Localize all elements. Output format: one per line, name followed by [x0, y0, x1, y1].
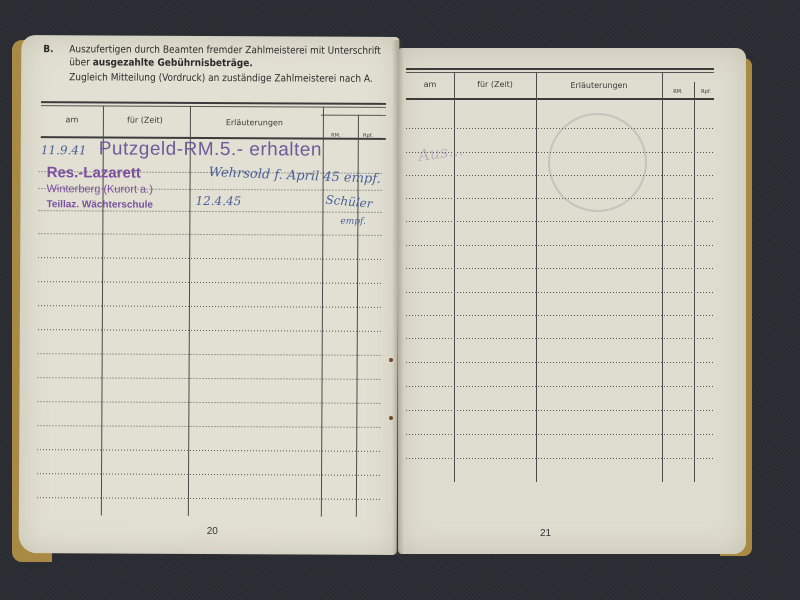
- row-line: [37, 497, 382, 500]
- page-number-left: 20: [207, 526, 218, 537]
- instruction-header: B. Auszufertigen durch Beamten fremder Z…: [69, 43, 399, 86]
- stamp-winterberg: Winterberg (Kurort a.): [47, 183, 153, 196]
- col-header-fuer-zeit: für (Zeit): [454, 80, 536, 89]
- col-divider-4: [694, 82, 695, 482]
- row-line: [406, 221, 714, 222]
- handwritten-date-2: 12.4.45: [195, 194, 241, 208]
- row-line: [37, 425, 382, 428]
- col-header-am: am: [41, 115, 103, 124]
- handwritten-annotation: empf.: [340, 217, 366, 227]
- row-line: [38, 329, 383, 332]
- row-line: [38, 377, 383, 380]
- stamp-putzgeld: Putzgeld-RM.5.- erhalten: [99, 138, 322, 161]
- col-divider-3: [662, 72, 663, 482]
- col-header-rpf: Rpf.: [694, 89, 718, 95]
- col-divider-1: [454, 72, 455, 482]
- book-gutter: [392, 40, 404, 555]
- row-line: [406, 458, 714, 459]
- col-header-rm: RM.: [662, 89, 694, 95]
- row-line: [37, 401, 382, 404]
- handwritten-wehrsold-note: Wehrsold f. April 45 empf.: [208, 165, 381, 187]
- left-page: B. Auszufertigen durch Beamten fremder Z…: [19, 35, 400, 555]
- row-line: [406, 315, 714, 316]
- staple-top: [389, 358, 393, 362]
- col-header-fuer-zeit: für (Zeit): [103, 115, 187, 124]
- row-line: [406, 338, 714, 339]
- handwritten-date-1: 11.9.41: [41, 143, 87, 157]
- section-label: B.: [43, 43, 53, 56]
- row-line: [37, 473, 382, 476]
- header-top-rule: [41, 101, 386, 105]
- row-line: [406, 268, 714, 269]
- faint-round-stamp: [548, 113, 647, 212]
- row-line: [38, 257, 383, 260]
- stamp-teillaz: Teillaz. Wächterschule: [46, 199, 153, 211]
- instruction-line-3: Zugleich Mitteilung (Vordruck) an zustän…: [69, 71, 399, 86]
- handwritten-signature: Schüler: [325, 193, 373, 211]
- col-divider-2: [188, 106, 191, 516]
- instruction-line-2: über ausgezahlte Gebührnisbeträge.: [69, 56, 399, 71]
- header-top-rule-2: [406, 72, 714, 73]
- header-bottom-rule: [406, 98, 714, 100]
- header-top-rule: [406, 68, 714, 70]
- page-number-right: 21: [540, 528, 551, 539]
- row-line: [38, 305, 383, 308]
- row-line: [38, 353, 383, 356]
- row-line: [406, 410, 714, 411]
- row-line: [406, 434, 714, 435]
- col-header-erlaeuterungen: Erläuterungen: [536, 81, 662, 90]
- row-line: [406, 245, 714, 246]
- col-header-am: am: [406, 80, 454, 89]
- row-line: [406, 292, 714, 293]
- row-line: [406, 386, 714, 387]
- col-header-erlaeuterungen: Erläuterungen: [187, 118, 322, 128]
- col-divider-3: [321, 107, 324, 517]
- row-line: [38, 233, 383, 236]
- amount-header-rule: [321, 115, 386, 116]
- row-line: [38, 210, 383, 213]
- right-page: am für (Zeit) Erläuterungen RM. Rpf. Aus…: [398, 48, 746, 554]
- row-line: [406, 198, 714, 199]
- header-top-rule-2: [41, 105, 386, 108]
- col-divider-2: [536, 72, 537, 482]
- staple-bottom: [389, 416, 393, 420]
- row-line: [38, 281, 383, 284]
- faint-handwriting: Aus...: [417, 140, 465, 165]
- row-line: [37, 449, 382, 452]
- row-line: [406, 362, 714, 363]
- stamp-res-lazarett: Res.-Lazarett: [47, 164, 141, 181]
